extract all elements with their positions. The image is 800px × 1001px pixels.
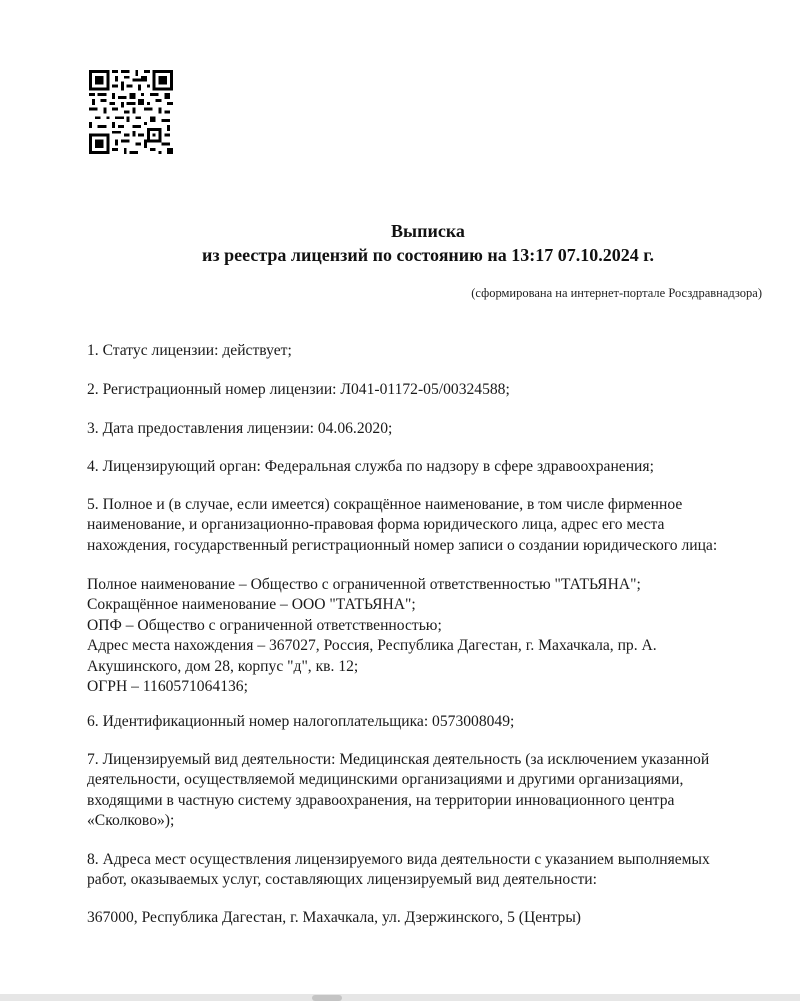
text-line: 1. Статус лицензии: действует;: [87, 341, 787, 361]
address-line: Адрес места нахождения – 367027, Россия,…: [87, 636, 787, 656]
ogrn-line: ОГРН – 1160571064136;: [87, 677, 787, 697]
text-line: 8. Адреса мест осуществления лицензируем…: [87, 850, 787, 870]
item-issue-date: 3. Дата предоставления лицензии: 04.06.2…: [87, 419, 787, 439]
text-line: наименование, и организационно-правовая …: [87, 515, 787, 535]
text-line: 3. Дата предоставления лицензии: 04.06.2…: [87, 419, 787, 439]
address-line-cont: Акушинского, дом 28, корпус "д", кв. 12;: [87, 657, 787, 677]
text-line: 4. Лицензирующий орган: Федеральная служ…: [87, 457, 787, 477]
generation-note: (сформирована на интернет-портале Росздр…: [471, 285, 762, 301]
item-activity-address: 367000, Республика Дагестан, г. Махачкал…: [87, 908, 787, 928]
text-line: деятельности, осуществляемой медицинским…: [87, 770, 787, 790]
short-name-line: Сокращённое наименование – ООО "ТАТЬЯНА"…: [87, 595, 787, 615]
item-licensing-authority: 4. Лицензирующий орган: Федеральная служ…: [87, 457, 787, 477]
item-taxpayer-id: 6. Идентификационный номер налогоплатель…: [87, 712, 787, 732]
item-entity-description: 5. Полное и (в случае, если имеется) сок…: [87, 495, 787, 556]
text-line: работ, оказываемых услуг, составляющих л…: [87, 870, 787, 890]
text-line: нахождения, государственный регистрацион…: [87, 536, 787, 556]
item-entity-details: Полное наименование – Общество с огранич…: [87, 575, 787, 697]
item-registration-number: 2. Регистрационный номер лицензии: Л041-…: [87, 380, 787, 400]
legal-form-line: ОПФ – Общество с ограниченной ответствен…: [87, 616, 787, 636]
text-line: 367000, Республика Дагестан, г. Махачкал…: [87, 908, 787, 928]
text-line: «Сколково»);: [87, 811, 787, 831]
text-line: входящими в частную систему здравоохране…: [87, 791, 787, 811]
text-line: 5. Полное и (в случае, если имеется) сок…: [87, 495, 787, 515]
document-subtitle-heading: из реестра лицензий по состоянию на 13:1…: [0, 243, 800, 267]
item-license-status: 1. Статус лицензии: действует;: [87, 341, 787, 361]
qr-code-icon: [89, 70, 173, 154]
horizontal-scrollbar[interactable]: [0, 994, 800, 1001]
scrollbar-thumb[interactable]: [312, 995, 342, 1001]
text-line: 7. Лицензируемый вид деятельности: Медиц…: [87, 750, 787, 770]
document-title: Выписка: [0, 219, 800, 243]
document-page: Выписка из реестра лицензий по состоянию…: [0, 0, 800, 994]
full-name-line: Полное наименование – Общество с огранич…: [87, 575, 787, 595]
item-activity-addresses: 8. Адреса мест осуществления лицензируем…: [87, 850, 787, 891]
item-licensed-activity: 7. Лицензируемый вид деятельности: Медиц…: [87, 750, 787, 832]
text-line: 2. Регистрационный номер лицензии: Л041-…: [87, 380, 787, 400]
text-line: 6. Идентификационный номер налогоплатель…: [87, 712, 787, 732]
